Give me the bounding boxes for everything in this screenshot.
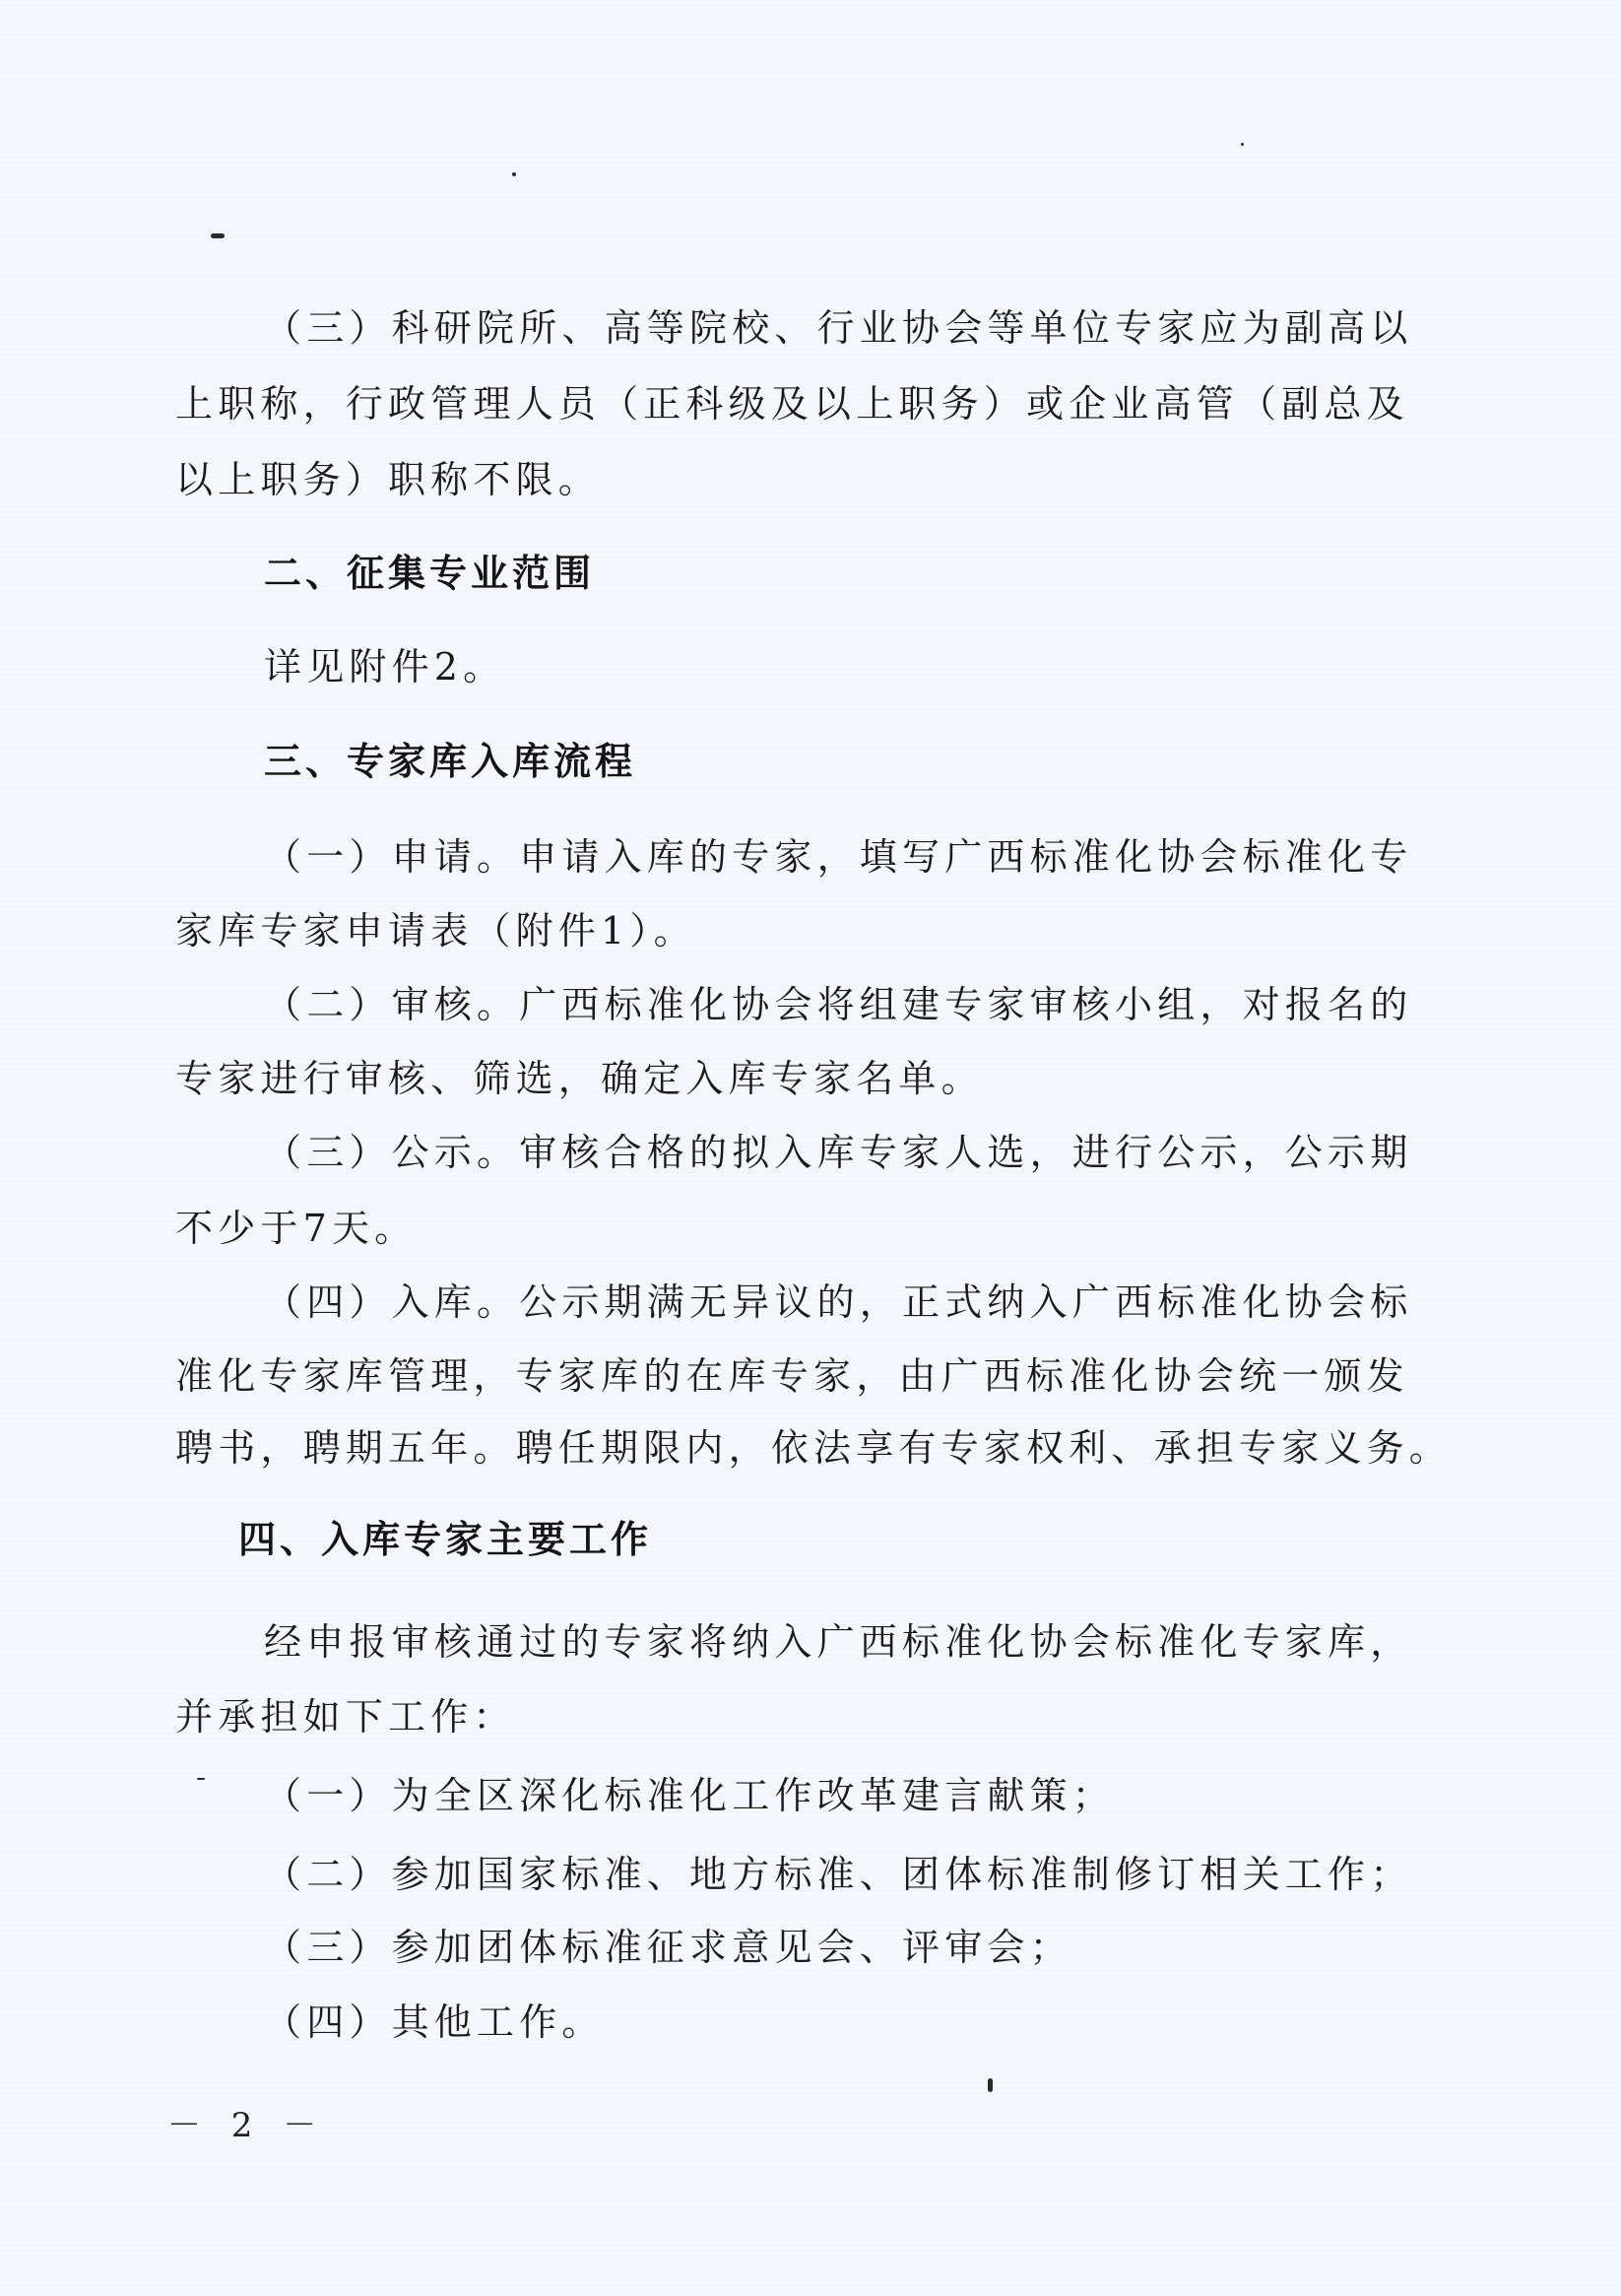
- scan-speck: [512, 172, 516, 176]
- scan-speck: [1241, 143, 1244, 146]
- scan-speck: [197, 1778, 205, 1780]
- paragraph-line: （二）审核。广西标准化协会将组建专家审核小组，对报名的: [264, 983, 1412, 1026]
- paragraph-line: （一）申请。申请入库的专家，填写广西标准化协会标准化专: [264, 835, 1412, 879]
- scan-speck: [211, 233, 225, 238]
- paragraph-line: （三）公示。审核合格的拟入库专家人选，进行公示，公示期: [264, 1131, 1412, 1174]
- paragraph-line: 专家进行审核、筛选，确定入库专家名单。: [175, 1057, 984, 1100]
- document-page: （三）科研院所、高等院校、行业协会等单位专家应为副高以 上职称，行政管理人员（正…: [0, 0, 1621, 2296]
- page-number: － 2 －: [167, 2098, 326, 2146]
- paragraph-line: 家库专家申请表（附件1）。: [175, 909, 696, 952]
- paragraph-line: 并承担如下工作：: [175, 1695, 516, 1738]
- paragraph-line: 准化专家库管理，专家库的在库专家，由广西标准化协会统一颁发: [175, 1354, 1409, 1398]
- paragraph-line: （四）入库。公示期满无异议的，正式纳入广西标准化协会标: [264, 1280, 1412, 1324]
- paragraph-line: 以上职务）职称不限。: [175, 458, 601, 501]
- scan-speck: [988, 2078, 993, 2092]
- paragraph-line: 经申报审核通过的专家将纳入广西标准化协会标准化专家库，: [264, 1620, 1412, 1664]
- section-heading-3: 三、专家库入库流程: [264, 740, 636, 783]
- list-item: （四）其他工作。: [264, 2001, 605, 2044]
- paragraph-line: 不少于7天。: [175, 1207, 417, 1250]
- list-item: （一）为全区深化标准化工作改革建言献策；: [264, 1774, 1115, 1817]
- section-heading-2: 二、征集专业范围: [264, 552, 595, 595]
- paragraph-line: 详见附件2。: [264, 645, 505, 689]
- paragraph-line: 上职称，行政管理人员（正科级及以上职务）或企业高管（副总及: [175, 382, 1409, 426]
- section-heading-4: 四、入库专家主要工作: [238, 1518, 652, 1561]
- paragraph-line: 聘书，聘期五年。聘任期限内，依法享有专家权利、承担专家义务。: [175, 1426, 1452, 1470]
- paragraph-line: （三）科研院所、高等院校、行业协会等单位专家应为副高以: [264, 306, 1412, 350]
- list-item: （二）参加国家标准、地方标准、团体标准制修订相关工作；: [264, 1853, 1412, 1896]
- list-item: （三）参加团体标准征求意见会、评审会；: [264, 1926, 1072, 1969]
